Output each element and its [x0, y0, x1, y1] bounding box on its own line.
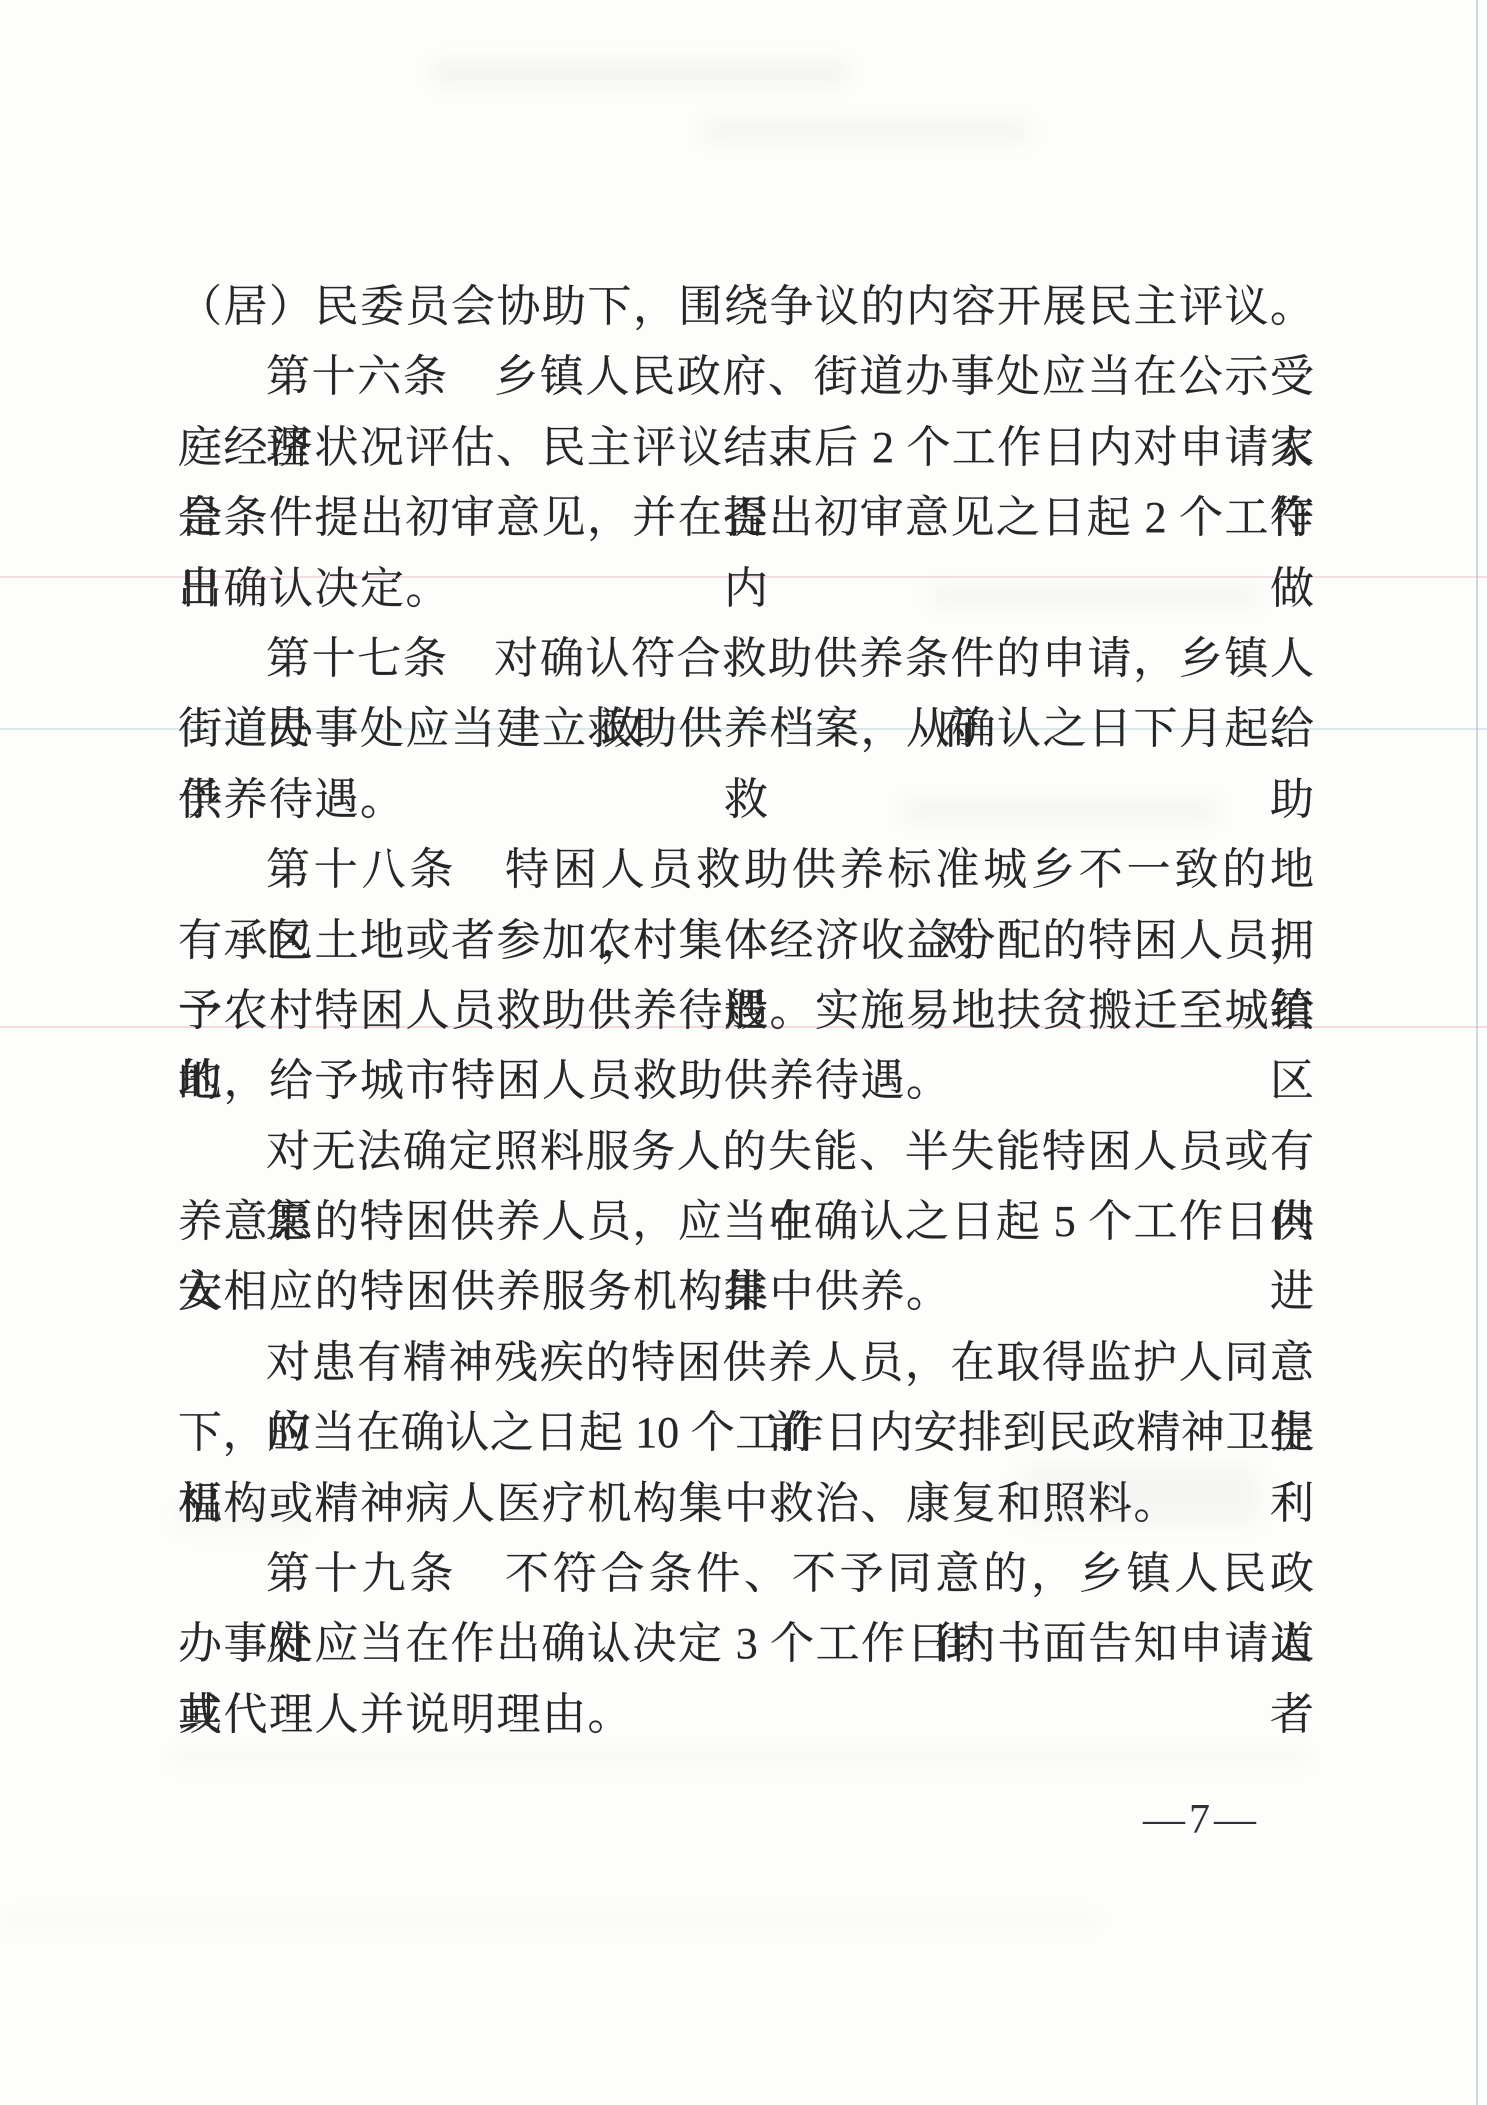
text-line: 街道办事处应当建立救助供养档案，从确认之日下月起给予救助: [178, 694, 1314, 764]
text-line: 合条件提出初审意见，并在提出初审意见之日起 2 个工作日内做: [178, 483, 1314, 553]
page-number: —7—: [1143, 1796, 1260, 1844]
text-line: 机构或精神病人医疗机构集中救治、康复和照料。: [178, 1469, 1314, 1539]
document-page: （居）民委员会协助下，围绕争议的内容开展民主评议。第十六条 乡镇人民政府、街道办…: [0, 0, 1487, 2105]
text-line: 第十七条 对确认符合救助供养条件的申请，乡镇人民政府、: [178, 624, 1314, 694]
text-line: 对无法确定照料服务人的失能、半失能特困人员或有集中供: [178, 1117, 1314, 1187]
text-line: 下，应当在确认之日起 10 个工作日内安排到民政精神卫生福利: [178, 1398, 1314, 1468]
text-line: 有承包土地或者参加农村集体经济收益分配的特困人员，一般给: [178, 906, 1314, 976]
text-line: 第十六条 乡镇人民政府、街道办事处应当在公示受理、家: [178, 342, 1314, 412]
text-line: （居）民委员会协助下，围绕争议的内容开展民主评议。: [178, 272, 1314, 342]
text-line: 第十八条 特困人员救助供养标准城乡不一致的地区，对拥: [178, 835, 1314, 905]
scan-ghosting-artifact: [170, 1750, 1310, 1766]
scan-ghosting-artifact: [700, 120, 1030, 142]
text-line: 办事处应当在作出确认决定 3 个工作日内书面告知申请人或者: [178, 1609, 1314, 1679]
text-line: 庭经济状况评估、民主评议结束后 2 个工作日内对申请人是否符: [178, 413, 1314, 483]
scan-ghosting-artifact: [430, 60, 850, 86]
scan-ghosting-artifact: [0, 1916, 1100, 1926]
scan-line-artifact: [1476, 0, 1478, 2105]
text-line: 对患有精神残疾的特困供养人员，在取得监护人同意的前提: [178, 1328, 1314, 1398]
text-line: 第十九条 不符合条件、不予同意的，乡镇人民政府、街道: [178, 1539, 1314, 1609]
text-line: 养意愿的特困供养人员，应当在确认之日起 5 个工作日内安排进: [178, 1187, 1314, 1257]
text-line: 予农村特困人员救助供养待遇。实施易地扶贫搬迁至城镇地区: [178, 976, 1314, 1046]
document-body: （居）民委员会协助下，围绕争议的内容开展民主评议。第十六条 乡镇人民政府、街道办…: [178, 272, 1314, 1750]
